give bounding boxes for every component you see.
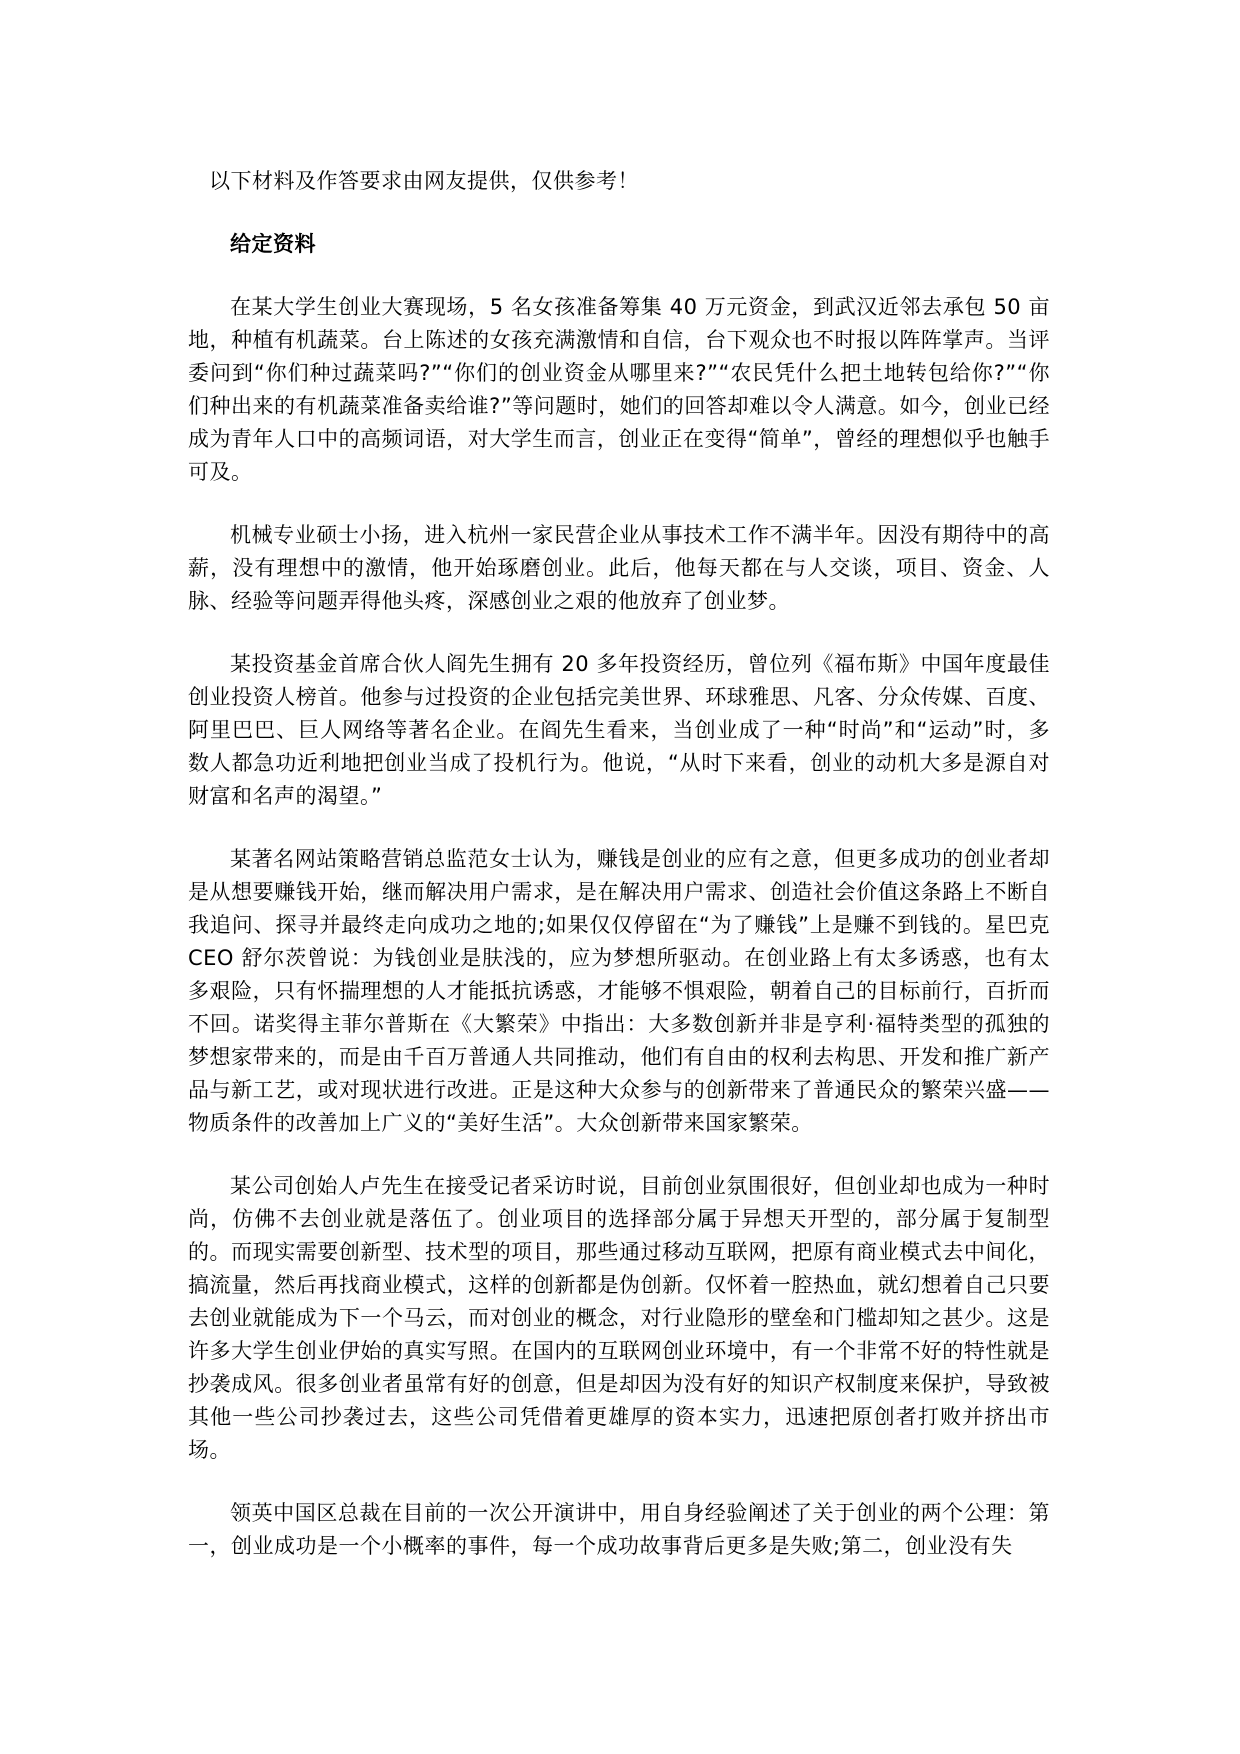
material-paragraph-2: 机械专业硕士小扬，进入杭州一家民营企业从事技术工作不满半年。因没有期待中的高薪，… bbox=[188, 519, 1050, 618]
material-paragraph-5: 某公司创始人卢先生在接受记者采访时说，目前创业氛围很好，但创业却也成为一种时尚，… bbox=[188, 1170, 1050, 1467]
material-paragraph-3: 某投资基金首席合伙人阎先生拥有 20 多年投资经历，曾位列《福布斯》中国年度最佳… bbox=[188, 648, 1050, 813]
document-page: 以下材料及作答要求由网友提供，仅供参考！ 给定资料 在某大学生创业大赛现场，5 … bbox=[0, 0, 1240, 1754]
material-paragraph-1: 在某大学生创业大赛现场，5 名女孩准备筹集 40 万元资金，到武汉近邻去承包 5… bbox=[188, 291, 1050, 489]
material-paragraph-6: 领英中国区总裁在目前的一次公开演讲中，用自身经验阐述了关于创业的两个公理：第一，… bbox=[188, 1497, 1050, 1563]
material-paragraph-4: 某著名网站策略营销总监范女士认为，赚钱是创业的应有之意，但更多成功的创业者却是从… bbox=[188, 843, 1050, 1140]
intro-note: 以下材料及作答要求由网友提供，仅供参考！ bbox=[188, 165, 1050, 198]
section-title: 给定资料 bbox=[188, 228, 1050, 261]
